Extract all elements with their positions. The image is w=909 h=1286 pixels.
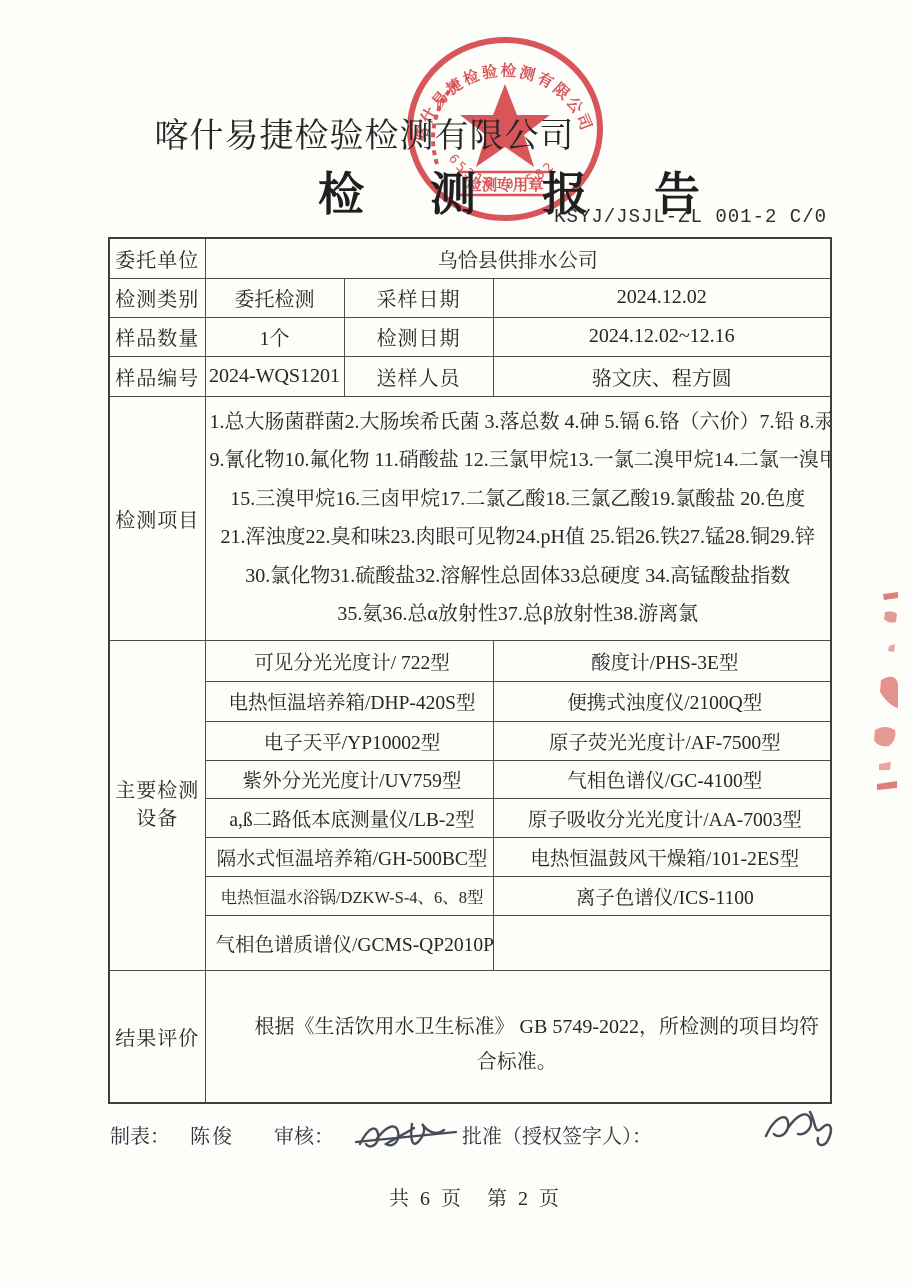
sampling-date-value: 2024.12.02: [493, 278, 831, 317]
equipment-cell: [493, 915, 831, 970]
equipment-cell: 电热恒温鼓风干燥箱/101-2ES型: [493, 837, 831, 876]
equipment-cell: 气相色谱质谱仪/GCMS-QP2010PLUS: [205, 915, 493, 970]
equipment-cell: 酸度计/PHS-3E型: [493, 640, 831, 681]
signature-row: 制表： 陈俊 审核： 批准（授权签字人）：: [0, 1112, 909, 1172]
prepared-by-name: 陈俊: [190, 1120, 234, 1149]
equipment-cell: 紫外分光光度计/UV759型: [205, 760, 493, 798]
reviewed-by-label: 审核：: [274, 1120, 334, 1149]
equipment-cell: 电热恒温水浴锅/DZKW-S-4、6、8型: [205, 876, 493, 915]
test-items-row: 检测项目 1.总大肠菌群菌2.大肠埃希氏菌 3.落总数 4.砷 5.镉 6.铬（…: [109, 396, 831, 640]
test-date-label: 检测日期: [344, 317, 493, 356]
test-items-label: 检测项目: [109, 396, 205, 640]
table-row: 委托单位 乌恰县供排水公司: [109, 238, 831, 278]
equipment-cell: 电热恒温培养箱/DHP-420S型: [205, 681, 493, 721]
document-number: KSYJ/JSJL-ZL 001-2 C/0: [554, 206, 827, 228]
reviewer-signature-scribble: [352, 1098, 472, 1168]
equipment-label: 主要检测 设备: [109, 640, 205, 970]
result-row: 结果评价 根据《生活饮用水卫生标准》 GB 5749-2022，所检测的项目均符…: [109, 970, 831, 1103]
approved-by-label: 批准（授权签字人）：: [462, 1120, 652, 1149]
equipment-row: 隔水式恒温培养箱/GH-500BC型 电热恒温鼓风干燥箱/101-2ES型: [109, 837, 831, 876]
test-date-value: 2024.12.02~12.16: [493, 317, 831, 356]
table-row: 样品数量 1个 检测日期 2024.12.02~12.16: [109, 317, 831, 356]
equipment-cell: 电子天平/YP10002型: [205, 721, 493, 760]
test-items-line: 35.氨36.总α放射性37.总β放射性38.游离氯: [210, 595, 827, 634]
deliverer-value: 骆文庆、程方圆: [493, 356, 831, 396]
equipment-row: 电子天平/YP10002型 原子荧光光度计/AF-7500型: [109, 721, 831, 760]
test-items-line: 30.氯化物31.硫酸盐32.溶解性总固体33总硬度 34.高锰酸盐指数: [210, 557, 827, 596]
equipment-cell: 可见分光光度计/ 722型: [205, 640, 493, 681]
test-type-value: 委托检测: [205, 278, 344, 317]
equipment-row: 电热恒温水浴锅/DZKW-S-4、6、8型 离子色谱仪/ICS-1100: [109, 876, 831, 915]
equipment-row: 主要检测 设备 可见分光光度计/ 722型 酸度计/PHS-3E型: [109, 640, 831, 681]
equipment-cell: 便携式浊度仪/2100Q型: [493, 681, 831, 721]
test-items-line: 9.氰化物10.氟化物 11.硝酸盐 12.三氯甲烷13.一氯二溴甲烷14.二氯…: [210, 441, 827, 480]
page-number: 共 6 页 第 2 页: [0, 1182, 909, 1211]
result-text: 根据《生活饮用水卫生标准》 GB 5749-2022，所检测的项目均符合标准。: [212, 1010, 823, 1080]
table-row: 样品编号 2024-WQS1201 送样人员 骆文庆、程方圆: [109, 356, 831, 396]
prepared-by-label: 制表：: [110, 1120, 170, 1149]
sample-no-label: 样品编号: [109, 356, 205, 396]
sample-no-value: 2024-WQS1201: [205, 356, 344, 396]
sample-count-label: 样品数量: [109, 317, 205, 356]
test-items-list: 1.总大肠菌群菌2.大肠埃希氏菌 3.落总数 4.砷 5.镉 6.铬（六价）7.…: [205, 396, 831, 640]
test-items-line: 15.三溴甲烷16.三卤甲烷17.二氯乙酸18.三氯乙酸19.氯酸盐 20.色度: [210, 480, 827, 519]
report-table: 委托单位 乌恰县供排水公司 检测类别 委托检测 采样日期 2024.12.02 …: [108, 237, 832, 1104]
result-label: 结果评价: [109, 970, 205, 1103]
equipment-cell: a,ß二路低本底测量仪/LB-2型: [205, 798, 493, 837]
table-row: 检测类别 委托检测 采样日期 2024.12.02: [109, 278, 831, 317]
equipment-label-line1: 主要检测: [110, 777, 205, 805]
equipment-label-line2: 设备: [110, 805, 205, 833]
equipment-cell: 原子荧光光度计/AF-7500型: [493, 721, 831, 760]
equipment-row: 紫外分光光度计/UV759型 气相色谱仪/GC-4100型: [109, 760, 831, 798]
partial-seal-fragment: [865, 588, 899, 798]
equipment-cell: 气相色谱仪/GC-4100型: [493, 760, 831, 798]
deliverer-label: 送样人员: [344, 356, 493, 396]
test-items-line: 1.总大肠菌群菌2.大肠埃希氏菌 3.落总数 4.砷 5.镉 6.铬（六价）7.…: [210, 403, 827, 442]
equipment-row: a,ß二路低本底测量仪/LB-2型 原子吸收分光光度计/AA-7003型: [109, 798, 831, 837]
company-name: 喀什易捷检验检测有限公司: [0, 108, 909, 157]
sample-count-value: 1个: [205, 317, 344, 356]
equipment-row: 气相色谱质谱仪/GCMS-QP2010PLUS: [109, 915, 831, 970]
result-cell: 根据《生活饮用水卫生标准》 GB 5749-2022，所检测的项目均符合标准。: [205, 970, 831, 1103]
equipment-row: 电热恒温培养箱/DHP-420S型 便携式浊度仪/2100Q型: [109, 681, 831, 721]
approver-signature-scribble: [752, 1088, 852, 1166]
client-label: 委托单位: [109, 238, 205, 278]
test-type-label: 检测类别: [109, 278, 205, 317]
report-page: 喀什易捷检验检测有限公司 检测专用章 65310101582 喀什易捷检验检测有…: [0, 0, 909, 1286]
client-value: 乌恰县供排水公司: [205, 238, 831, 278]
sampling-date-label: 采样日期: [344, 278, 493, 317]
equipment-cell: 隔水式恒温培养箱/GH-500BC型: [205, 837, 493, 876]
equipment-cell: 原子吸收分光光度计/AA-7003型: [493, 798, 831, 837]
test-items-line: 21.浑浊度22.臭和味23.肉眼可见物24.pH值 25.铝26.铁27.锰2…: [210, 518, 827, 557]
equipment-cell: 离子色谱仪/ICS-1100: [493, 876, 831, 915]
